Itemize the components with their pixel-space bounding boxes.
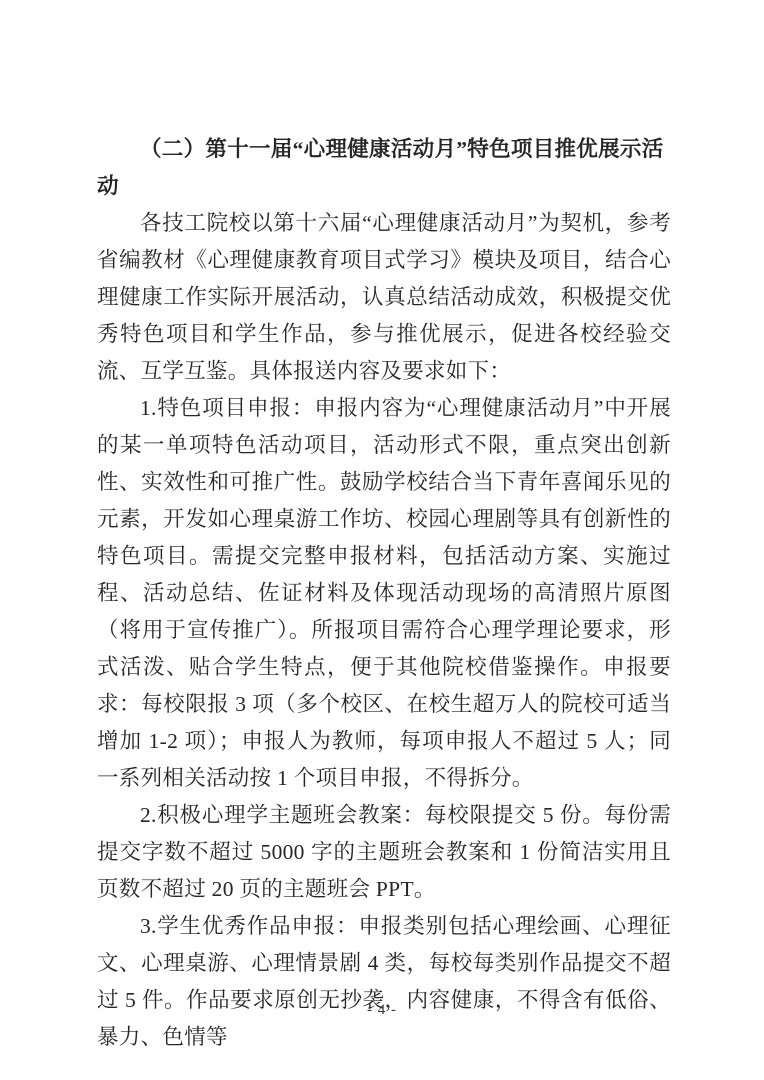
page-number: - 4 -	[0, 999, 764, 1021]
paragraph-item-2: 2.积极心理学主题班会教案：每校限提交 5 份。每份需提交字数不超过 5000 …	[97, 797, 671, 908]
paragraph-intro: 各技工院校以第十六届“心理健康活动月”为契机，参考省编教材《心理健康教育项目式学…	[97, 205, 671, 390]
section-heading: （二）第十一届“心理健康活动月”特色项目推优展示活动	[97, 131, 671, 205]
document-page: （二）第十一届“心理健康活动月”特色项目推优展示活动 各技工院校以第十六届“心理…	[0, 0, 764, 1080]
paragraph-item-1: 1.特色项目申报：申报内容为“心理健康活动月”中开展的某一单项特色活动项目，活动…	[97, 390, 671, 797]
document-body: （二）第十一届“心理健康活动月”特色项目推优展示活动 各技工院校以第十六届“心理…	[97, 131, 671, 1056]
paragraph-item-3: 3.学生优秀作品申报：申报类别包括心理绘画、心理征文、心理桌游、心理情景剧 4 …	[97, 908, 671, 1056]
